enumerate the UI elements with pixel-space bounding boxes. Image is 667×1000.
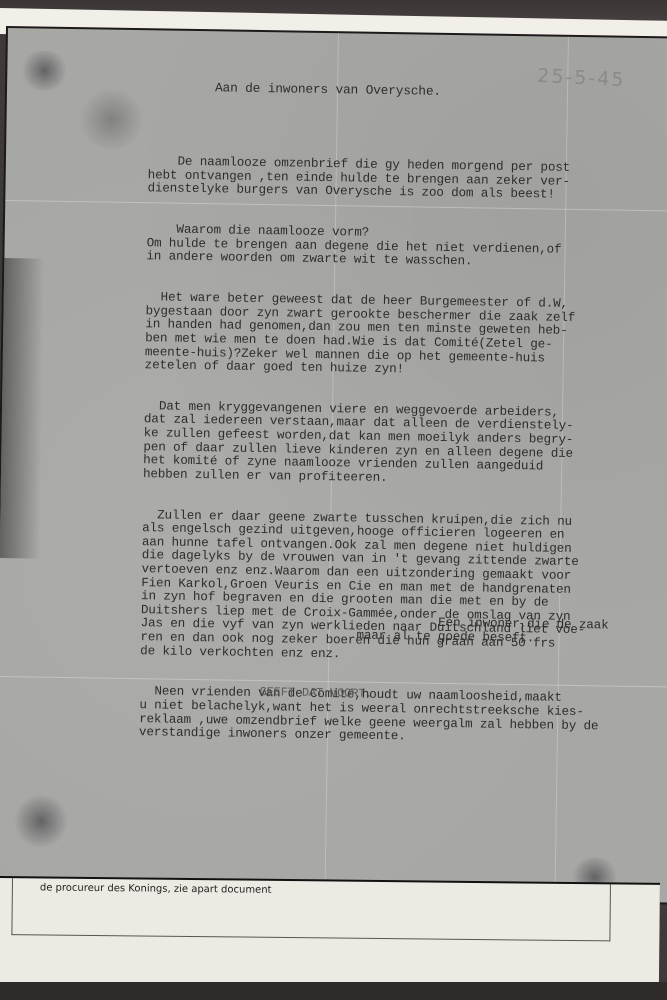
signature: Een inwoner,die de zaak maar al te goede… [356,616,608,647]
paragraph: Waarom die naamlooze vorm? Om hulde te b… [146,223,606,271]
paragraph: Het ware beter geweest dat de heer Burge… [145,291,605,380]
stain-mark [13,793,69,849]
date-annotation: 25-5-45 [537,65,626,91]
letter-body: De naamlooze omzenbrief die gy heden mor… [138,128,607,774]
paper-shadow [0,258,44,559]
typewritten-letter: 25-5-45 Aan de inwoners van Overysche. D… [0,28,667,903]
stain-mark [76,89,147,150]
backdrop [0,982,667,1000]
paragraph: Dat men kryggevangenen viere en weggevoe… [143,400,603,489]
letter-title: Aan de inwoners van Overysche. [215,81,441,98]
stain-mark [19,50,70,91]
footer-line: GEEFT DAT VOORT. [259,686,372,701]
paragraph: De naamlooze omzenbrief die gy heden mor… [147,155,607,203]
